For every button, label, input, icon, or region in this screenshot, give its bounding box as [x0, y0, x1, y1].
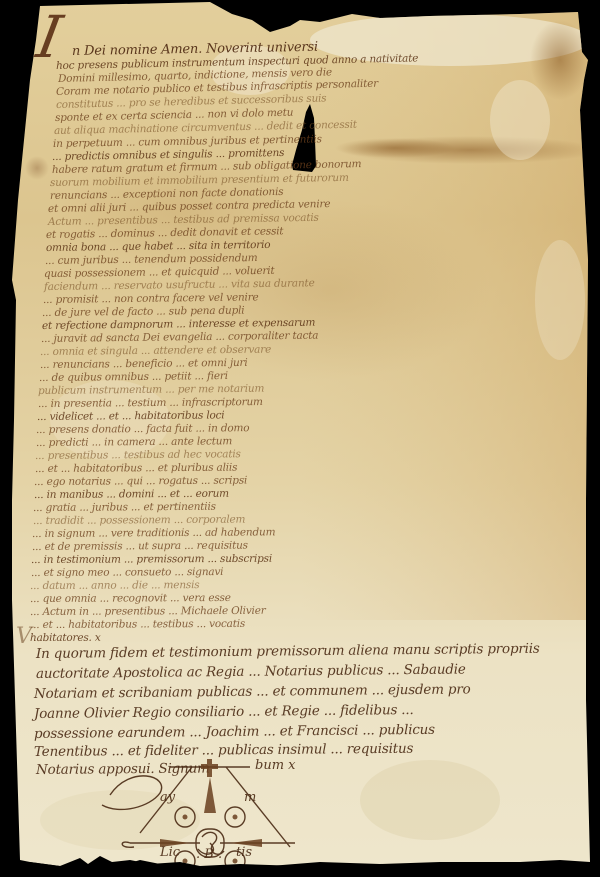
signum-top-text: bum x	[255, 758, 296, 773]
parchment-sheet	[0, 0, 600, 877]
signum-top-left-mark: ay	[160, 790, 175, 805]
torn-bottom-edge	[0, 852, 600, 877]
signum-top-right-mark: m	[244, 790, 256, 805]
document-page: I n Dei nomine Amen. Noverint universi h…	[0, 0, 600, 877]
